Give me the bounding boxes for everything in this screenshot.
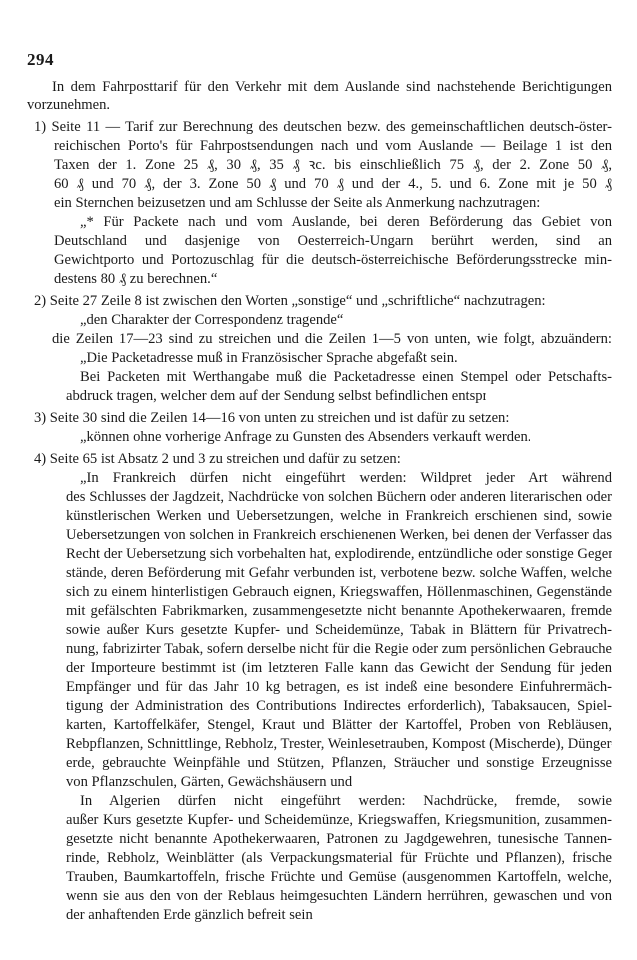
text-line: gesetzte nicht benannte Apothekerwaaren,…	[66, 830, 612, 848]
text-line: 3) Seite 30 sind die Zeilen 14—16 von un…	[34, 409, 546, 427]
text-line: Bei Packeten mit Werthangabe muß die Pac…	[80, 368, 612, 386]
text-line: sich zu einem hinterlistigen Gebrauch ei…	[66, 583, 612, 601]
text-line: Rebpflanzen, Schnittlinge, Rebholz, Tres…	[66, 735, 612, 753]
text-line: Gewichtporto und Portozuschlag für die d…	[54, 251, 612, 269]
text-line: 60 ₰ und 70 ₰, der 3. Zone 50 ₰ und 70 ₰…	[54, 175, 612, 193]
text-line: „können ohne vorherige Anfrage zu Gunste…	[80, 428, 530, 446]
text-line: In dem Fahrposttarif für den Verkehr mit…	[52, 78, 612, 96]
text-line: mit gefälschten Fabrikmarken, zusammenge…	[66, 602, 612, 620]
text-line: destens 80 ₰ zu berechnen.“	[54, 270, 254, 288]
text-line: die Zeilen 17—23 sind zu streichen und d…	[52, 330, 612, 348]
text-line: 1) Seite 11 — Tarif zur Berechnung des d…	[34, 118, 612, 136]
text-line: Deutschland und dasjenige von Oesterreic…	[54, 232, 612, 250]
page-number: 294	[27, 50, 54, 70]
text-line: „den Charakter der Correspondenz tragend…	[80, 311, 380, 329]
text-line: „* Für Packete nach und vom Auslande, be…	[80, 213, 612, 231]
text-line: vorzunehmen.	[27, 96, 587, 114]
text-line: stände, deren Beförderung mit Gefahr ver…	[66, 564, 612, 582]
text-line: der anhaftenden Erde gänzlich befreit se…	[66, 906, 316, 924]
text-line: ein Sternchen beizusetzen und am Schluss…	[54, 194, 554, 212]
text-line: In Algerien dürfen nicht eingeführt werd…	[80, 792, 612, 810]
text-line: 4) Seite 65 ist Absatz 2 und 3 zu streic…	[34, 450, 434, 468]
text-line: „Die Packetadresse muß in Französischer …	[80, 349, 460, 367]
text-line: karten, Kartoffelkäfer, Stengel, Kraut u…	[66, 716, 612, 734]
text-line: erde, gebrauchte Weinpfähle und Stützen,…	[66, 754, 612, 772]
text-line: Recht der Uebersetzung sich vorbehalten …	[66, 545, 612, 563]
text-line: von Pflanzschulen, Gärten, Gewächshäuser…	[66, 773, 356, 791]
document-page: 294 In dem Fahrposttarif für den Verkehr…	[0, 0, 637, 960]
text-line: außer Kurs gesetzte Kupfer- und Scheidem…	[66, 811, 612, 829]
text-line: Uebersetzungen von solchen in Frankreich…	[66, 526, 612, 544]
text-line: Taxen der 1. Zone 25 ₰, 30 ₰, 35 ₰ ꝛc. b…	[54, 156, 612, 174]
text-line: künstlerischen Werken und Uebersetzungen…	[66, 507, 612, 525]
text-line: des Schlusses der Jagdzeit, Nachdrücke v…	[66, 488, 612, 506]
text-line: tigung der Administration des Contributi…	[66, 697, 612, 715]
text-line: sowie außer Kurs gesetzte Kupfer- und Sc…	[66, 621, 612, 639]
text-line: abdruck tragen, welcher dem auf der Send…	[66, 387, 486, 405]
text-line: rinde, Rebholz, Weinblätter (als Verpack…	[66, 849, 612, 867]
text-line: nung, fabrizirter Tabak, sofern derselbe…	[66, 640, 612, 658]
text-line: „In Frankreich dürfen nicht eingeführt w…	[80, 469, 612, 487]
text-line: wenn sie aus den von der Reblaus heimges…	[66, 887, 612, 905]
text-line: Empfänger und für das Jahr 10 kg betrage…	[66, 678, 612, 696]
text-line: der Importeure bestimmt ist (im letztere…	[66, 659, 612, 677]
text-line: Trauben, Baumkartoffeln, frische Früchte…	[66, 868, 612, 886]
text-line: reichischen Porto's für Fahrpostsendunge…	[54, 137, 612, 155]
text-line: 2) Seite 27 Zeile 8 ist zwischen den Wor…	[34, 292, 574, 310]
